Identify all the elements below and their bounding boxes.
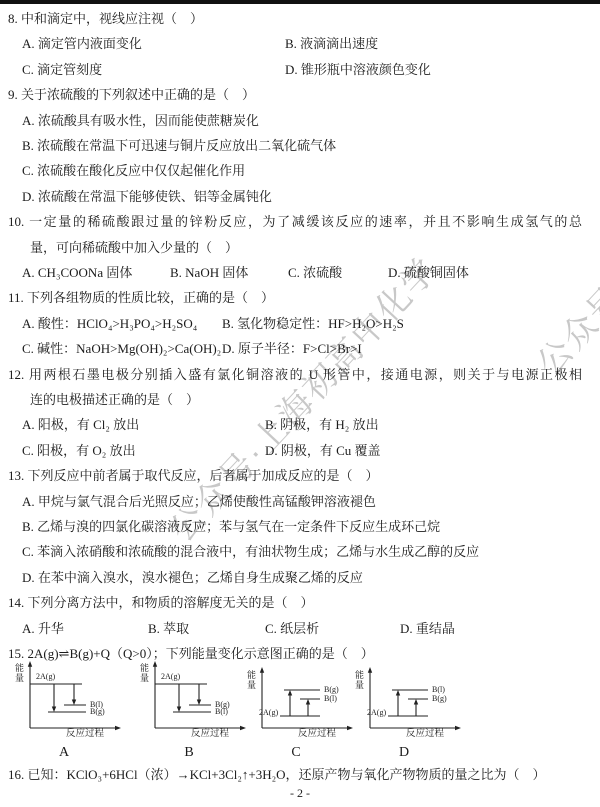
process-axis-label: 反应过程 (66, 729, 104, 739)
diagram-a-axes (14, 660, 126, 738)
q8-option-d: D. 锥形瓶中溶液颜色变化 (285, 61, 431, 78)
q9-option-b: B. 浓硫酸在常温下可迅速与铜片反应放出二氧化硫气体 (22, 137, 336, 154)
upper-level-label: B(l) (432, 686, 445, 694)
q14-option-b: B. 萃取 (148, 620, 189, 637)
diagram-b-axes (139, 660, 251, 738)
q14-stem: 14. 下列分离方法中，和物质的溶解度无关的是（ ） (8, 594, 314, 611)
q9-option-d: D. 浓硫酸在常温下能够使铁、铝等金属钝化 (22, 188, 272, 205)
q11-option-d: D. 原子半径：F>Cl>Br>I (222, 340, 362, 357)
lower-level-label: B(g) (90, 708, 105, 716)
q8-option-a: A. 滴定管内液面变化 (22, 35, 142, 52)
q8-option-c: C. 滴定管刻度 (22, 61, 102, 78)
energy-axis-label: 能量 (246, 670, 257, 690)
energy-axis-label: 能量 (354, 670, 365, 690)
energy-diagram-c: 能量 2A(g) B(g) B(l) 反应过程 C (246, 660, 358, 762)
start-level-label: 2A(g) (259, 709, 278, 717)
q11-option-b: B. 氢化物稳定性：HF>H₂O>H₂S (222, 315, 404, 332)
diagram-c-axes (246, 660, 358, 738)
q8-option-b: B. 液滴滴出速度 (285, 35, 378, 52)
energy-axis-label: 能量 (139, 663, 150, 683)
process-axis-label: 反应过程 (298, 729, 336, 739)
q11-option-a: A. 酸性：HClO₄>H₃PO₄>H₂SO₄ (22, 315, 197, 332)
diagram-letter-c: C (246, 745, 346, 761)
q12-option-a: A. 阳极，有 Cl₂ 放出 (22, 416, 139, 433)
q13-option-c: C. 苯滴入浓硝酸和浓硫酸的混合液中，有油状物生成；乙烯与水生成乙醇的反应 (22, 543, 479, 560)
upper-level-label: B(g) (324, 686, 339, 694)
q10-option-a: A. CH₃COONa 固体 (22, 264, 132, 281)
energy-axis-label: 能量 (14, 663, 25, 683)
q11-option-c: C. 碱性：NaOH>Mg(OH)₂>Ca(OH)₂ (22, 340, 221, 357)
q10-option-b: B. NaOH 固体 (170, 264, 248, 281)
q9-option-c: C. 浓硫酸在酸化反应中仅仅起催化作用 (22, 162, 245, 179)
q12-option-c: C. 阳极，有 O₂ 放出 (22, 442, 136, 459)
q13-option-a: A. 甲烷与氯气混合后光照反应；乙烯使酸性高锰酸钾溶液褪色 (22, 493, 376, 510)
q16-stem: 16. 已知：KClO₃+6HCl（浓）→KCl+3Cl₂↑+3H₂O，还原产物… (8, 766, 546, 783)
start-level-label: 2A(g) (367, 709, 386, 717)
page-top-border (0, 0, 600, 4)
energy-diagram-a: 能量 2A(g) B(l) B(g) 反应过程 A (14, 660, 126, 762)
diagram-letter-d: D (354, 745, 454, 761)
exam-page: 公众号·上海初高中化学 公众号·上海初高中化学 8. 中和滴定中，视线应注视（ … (0, 0, 600, 807)
q9-option-a: A. 浓硫酸具有吸水性，因而能使蔗糖炭化 (22, 112, 259, 129)
page-number: - 2 - (0, 786, 600, 801)
q12-option-d: D. 阴极，有 Cu 覆盖 (265, 442, 381, 459)
q13-option-b: B. 乙烯与溴的四氯化碳溶液反应；苯与氢气在一定条件下反应生成环己烷 (22, 518, 440, 535)
lower-level-label: B(g) (432, 695, 447, 703)
energy-diagram-d: 能量 2A(g) B(l) B(g) 反应过程 D (354, 660, 466, 762)
process-axis-label: 反应过程 (406, 729, 444, 739)
diagram-letter-a: A (14, 745, 114, 761)
q10-option-c: C. 浓硫酸 (288, 264, 342, 281)
q12-stem-line1: 12. 用两根石墨电极分别插入盛有氯化铜溶液的 U 形管中，接通电源，则关于与电… (8, 366, 582, 383)
q14-option-d: D. 重结晶 (400, 620, 455, 637)
q10-stem-line1: 10. 一定量的稀硫酸跟过量的锌粉反应，为了减缓该反应的速率，并且不影响生成氢气… (8, 213, 582, 230)
q12-option-b: B. 阴极，有 H₂ 放出 (265, 416, 379, 433)
start-level-label: 2A(g) (161, 673, 180, 681)
lower-level-label: B(l) (215, 708, 228, 716)
lower-level-label: B(l) (324, 695, 337, 703)
energy-diagram-b: 能量 2A(g) B(g) B(l) 反应过程 B (139, 660, 251, 762)
diagram-letter-b: B (139, 745, 239, 761)
q8-stem: 8. 中和滴定中，视线应注视（ ） (8, 10, 203, 27)
q12-stem-line2: 连的电极描述正确的是（ ） (30, 391, 199, 408)
q11-stem: 11. 下列各组物质的性质比较，正确的是（ ） (8, 289, 274, 306)
watermark-text-tile-2: 公众号·上海初高中化学 (523, 78, 600, 384)
diagram-d-axes (354, 660, 466, 738)
start-level-label: 2A(g) (36, 673, 55, 681)
q10-stem-line2: 量，可向稀硫酸中加入少量的（ ） (30, 239, 238, 256)
process-axis-label: 反应过程 (191, 729, 229, 739)
q14-option-a: A. 升华 (22, 620, 64, 637)
q13-option-d: D. 在苯中滴入溴水，溴水褪色；乙烯自身生成聚乙烯的反应 (22, 569, 363, 586)
q9-stem: 9. 关于浓硫酸的下列叙述中正确的是（ ） (8, 86, 255, 103)
q14-option-c: C. 纸层析 (265, 620, 319, 637)
q10-option-d: D. 硫酸铜固体 (388, 264, 469, 281)
q13-stem: 13. 下列反应中前者属于取代反应，后者属于加成反应的是（ ） (8, 467, 379, 484)
